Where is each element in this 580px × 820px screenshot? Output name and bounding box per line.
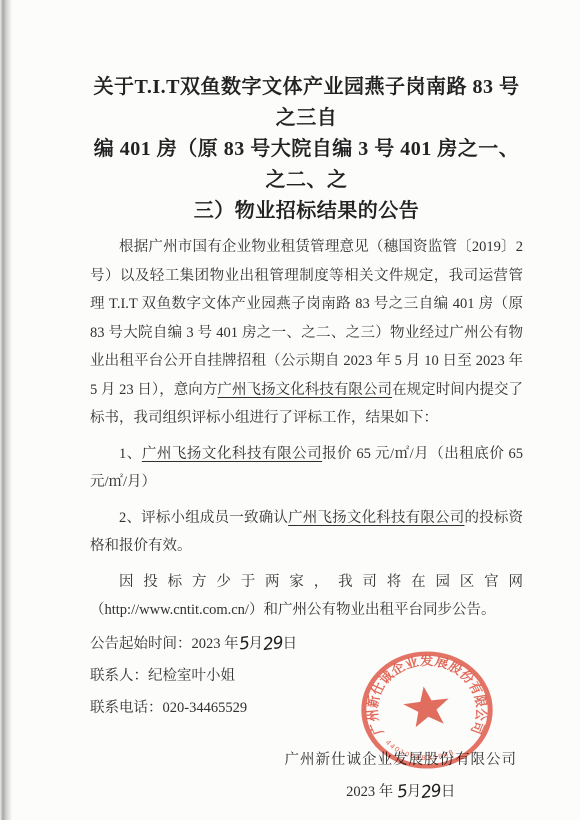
bidder-company-name: 广州飞扬文化科技有限公司: [217, 382, 392, 398]
bidder-company-name: 广州飞扬文化科技有限公司: [142, 446, 322, 462]
title-line-1: 关于T.I.T双鱼数字文体产业园燕子岗南路 83 号之三自: [90, 72, 523, 134]
handwritten-month: 5: [238, 635, 250, 653]
month-unit: 月: [407, 784, 422, 800]
document-content: 关于T.I.T双鱼数字文体产业园燕子岗南路 83 号之三自 编 401 房（原 …: [90, 72, 523, 801]
bidder-company-name: 广州飞扬文化科技有限公司: [288, 510, 464, 526]
paragraph-publication: 因投标方少于两家，我司将在园区官网（http://www.cntit.com.c…: [90, 568, 523, 625]
result-item-2: 2、评标小组成员一致确认广州飞扬文化科技有限公司的投标资格和报价有效。: [90, 504, 523, 561]
info-block: 公告起始时间：2023 年5月29日 联系人：纪检室叶小姐 联系电话：020-3…: [90, 628, 523, 724]
issue-date-line: 2023 年 5月29日: [285, 780, 518, 801]
announce-start-time-line: 公告起始时间：2023 年5月29日: [90, 628, 523, 660]
document-title: 关于T.I.T双鱼数字文体产业园燕子岗南路 83 号之三自 编 401 房（原 …: [90, 72, 523, 227]
document-body: 根据广州市国有企业物业租赁管理意见（穗国资监管〔2019〕2 号）以及轻工集团物…: [90, 233, 523, 625]
document-page: { "page": { "title_lines": { "0": "关于T.I…: [0, 0, 580, 820]
contact-person-line: 联系人：纪检室叶小姐: [90, 660, 523, 692]
paragraph-intro-text: 根据广州市国有企业物业租赁管理意见（穗国资监管〔2019〕2 号）以及轻工集团物…: [90, 239, 523, 398]
handwritten-month: 5: [396, 783, 408, 801]
day-unit: 日: [441, 784, 456, 800]
paragraph-intro: 根据广州市国有企业物业租赁管理意见（穗国资监管〔2019〕2 号）以及轻工集团物…: [90, 233, 523, 433]
title-line-3: 三）物业招标结果的公告: [90, 196, 523, 227]
month-unit: 月: [248, 636, 263, 652]
title-line-2: 编 401 房（原 83 号大院自编 3 号 401 房之一、之二、之: [90, 134, 523, 196]
result-item-1-number: 1、: [119, 446, 142, 462]
issue-date-year: 2023 年: [346, 784, 393, 800]
result-item-2-text: 2、评标小组成员一致确认: [119, 510, 288, 526]
scan-edge-shadow: [0, 0, 12, 820]
announce-start-time-label: 公告起始时间：2023 年: [90, 636, 239, 652]
day-unit: 日: [283, 636, 298, 652]
contact-phone-line: 联系电话：020-34465529: [90, 692, 523, 724]
signature-block: 广州新仕诚企业发展股份有限公司 2023 年 5月29日: [90, 748, 523, 801]
handwritten-day: 29: [262, 634, 284, 653]
result-item-1: 1、广州飞扬文化科技有限公司报价 65 元/㎡/月（出租底价 65 元/㎡/月）: [90, 440, 523, 497]
handwritten-day: 29: [420, 782, 442, 801]
issuer-company-name: 广州新仕诚企业发展股份有限公司: [285, 748, 518, 769]
